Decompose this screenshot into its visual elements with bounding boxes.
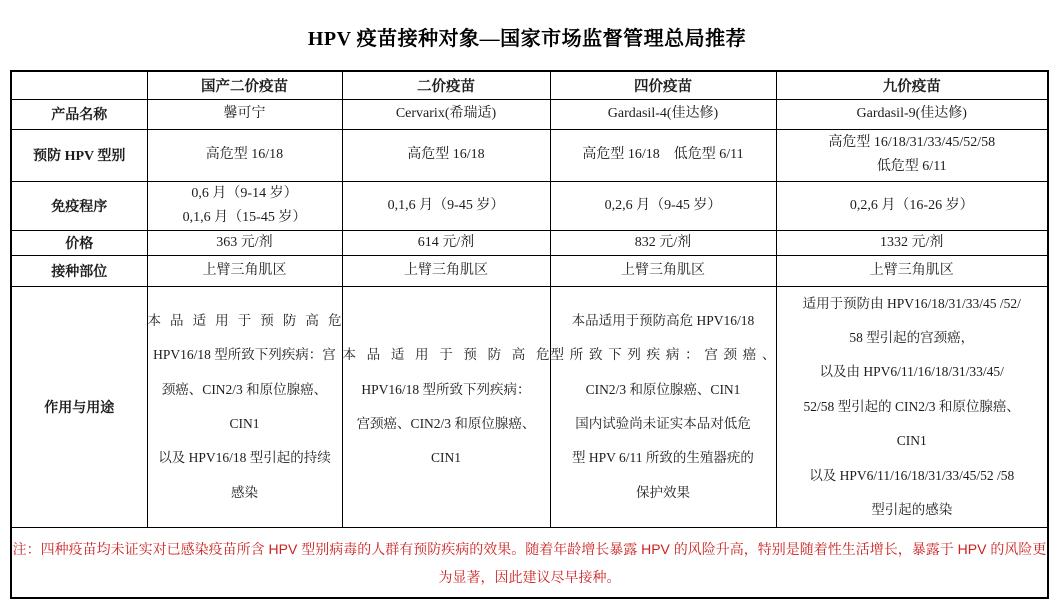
row-note: 注：四种疫苗均未证实对已感染疫苗所含 HPV 型别病毒的人群有预防疾病的效果。随… [11,528,1048,598]
cell-schedule-4v: 0,2,6 月（9-45 岁） [550,181,776,230]
usage-line: 宫颈癌、CIN2/3 和原位腺癌、 [343,407,550,441]
cell-text: 1332 元/剂 [777,231,1048,255]
cell-text: 上臂三角肌区 [148,259,342,283]
cell-product-9v: Gardasil-9(佳达修) [776,99,1048,129]
cell-text: Cervarix(希瑞适) [343,102,550,126]
cell-product-2v: Cervarix(希瑞适) [342,99,550,129]
usage-line: CIN1 [343,441,550,475]
cell-product-domestic-2v: 馨可宁 [147,99,342,129]
row-immunization-schedule: 免疫程序 0,6 月（9-14 岁） 0,1,6 月（15-45 岁） 0,1,… [11,181,1048,230]
usage-line: 适用于预防由 HPV16/18/31/33/45 /52/ [777,287,1048,321]
usage-line: 本品适用于预防高危 HPV16/18 [551,304,776,338]
cell-hpv-types-2v: 高危型 16/18 [342,129,550,181]
cell-schedule-domestic-2v: 0,6 月（9-14 岁） 0,1,6 月（15-45 岁） [147,181,342,230]
cell-hpv-types-9v: 高危型 16/18/31/33/45/52/58 低危型 6/11 [776,129,1048,181]
row-label-hpv-types: 预防 HPV 型别 [11,129,147,181]
usage-line: 本品适用于预防高危 [148,304,342,338]
cell-price-domestic-2v: 363 元/剂 [147,230,342,255]
row-label-product-name: 产品名称 [11,99,147,129]
page: HPV 疫苗接种对象—国家市场监督管理总局推荐 国产二价疫苗 二价疫苗 四价疫苗… [0,0,1054,611]
usage-line: 本品适用于预防高危 [343,338,550,372]
cell-hpv-types-domestic-2v: 高危型 16/18 [147,129,342,181]
usage-line: 颈癌、CIN2/3 和原位腺癌、 [148,373,342,407]
cell-price-9v: 1332 元/剂 [776,230,1048,255]
usage-line: 52/58 型引起的 CIN2/3 和原位腺癌、 [777,390,1048,424]
row-usage: 作用与用途 本品适用于预防高危 HPV16/18 型所致下列疾病：宫 颈癌、CI… [11,286,1048,528]
row-product-name: 产品名称 馨可宁 Cervarix(希瑞适) Gardasil-4(佳达修) G… [11,99,1048,129]
cell-text: 0,1,6 月（15-45 岁） [148,206,342,230]
usage-line: HPV16/18 型所致下列疾病： [343,373,550,407]
cell-schedule-9v: 0,2,6 月（16-26 岁） [776,181,1048,230]
cell-site-4v: 上臂三角肌区 [550,255,776,286]
cell-usage-4v: 本品适用于预防高危 HPV16/18 型所致下列疾病：宫颈癌、 CIN2/3 和… [550,286,776,528]
table-header-row: 国产二价疫苗 二价疫苗 四价疫苗 九价疫苗 [11,71,1048,99]
cell-usage-9v: 适用于预防由 HPV16/18/31/33/45 /52/ 58 型引起的宫颈癌… [776,286,1048,528]
usage-line: 型所致下列疾病：宫颈癌、 [551,338,776,372]
corner-cell [11,71,147,99]
cell-text: 0,2,6 月（16-26 岁） [777,194,1048,218]
row-label-immunization-schedule: 免疫程序 [11,181,147,230]
column-header-2v: 二价疫苗 [342,71,550,99]
cell-text: 高危型 16/18 [148,143,342,167]
cell-site-9v: 上臂三角肌区 [776,255,1048,286]
usage-line: 国内试验尚未证实本品对低危 [551,407,776,441]
footnote-text: 注：四种疫苗均未证实对已感染疫苗所含 HPV 型别病毒的人群有预防疾病的效果。随… [11,528,1048,598]
row-price: 价格 363 元/剂 614 元/剂 832 元/剂 1332 元/剂 [11,230,1048,255]
usage-line: 型 HPV 6/11 所致的生殖器疣的 [551,441,776,475]
usage-line: 保护效果 [551,476,776,510]
column-header-domestic-2v: 国产二价疫苗 [147,71,342,99]
row-label-price: 价格 [11,230,147,255]
cell-text: 低危型 6/11 [777,155,1048,179]
usage-line: 感染 [148,476,342,510]
cell-text: 上臂三角肌区 [343,259,550,283]
cell-usage-domestic-2v: 本品适用于预防高危 HPV16/18 型所致下列疾病：宫 颈癌、CIN2/3 和… [147,286,342,528]
cell-text: 0,6 月（9-14 岁） [148,182,342,206]
cell-text: 363 元/剂 [148,231,342,255]
cell-text: 0,2,6 月（9-45 岁） [551,194,776,218]
cell-text: 高危型 16/18/31/33/45/52/58 [777,131,1048,155]
cell-schedule-2v: 0,1,6 月（9-45 岁） [342,181,550,230]
hpv-vaccine-table: 国产二价疫苗 二价疫苗 四价疫苗 九价疫苗 产品名称 馨可宁 Cervarix(… [10,70,1049,599]
cell-text: 614 元/剂 [343,231,550,255]
cell-price-4v: 832 元/剂 [550,230,776,255]
usage-line: 58 型引起的宫颈癌， [777,321,1048,355]
row-injection-site: 接种部位 上臂三角肌区 上臂三角肌区 上臂三角肌区 上臂三角肌区 [11,255,1048,286]
column-header-9v: 九价疫苗 [776,71,1048,99]
cell-hpv-types-4v: 高危型 16/18 低危型 6/11 [550,129,776,181]
cell-text: 高危型 16/18 [343,143,550,167]
usage-line: CIN2/3 和原位腺癌、CIN1 [551,373,776,407]
usage-line: HPV16/18 型所致下列疾病：宫 [148,338,342,372]
page-title: HPV 疫苗接种对象—国家市场监督管理总局推荐 [0,22,1054,51]
row-label-injection-site: 接种部位 [11,255,147,286]
cell-text: Gardasil-4(佳达修) [551,102,776,126]
row-label-usage: 作用与用途 [11,286,147,528]
usage-line: 以及 HPV16/18 型引起的持续 [148,441,342,475]
cell-text: Gardasil-9(佳达修) [777,102,1048,126]
cell-text: 高危型 16/18 低危型 6/11 [551,143,776,167]
cell-price-2v: 614 元/剂 [342,230,550,255]
usage-line: 以及由 HPV6/11/16/18/31/33/45/ [777,355,1048,389]
cell-site-domestic-2v: 上臂三角肌区 [147,255,342,286]
usage-line: 以及 HPV6/11/16/18/31/33/45/52 /58 [777,459,1048,493]
cell-product-4v: Gardasil-4(佳达修) [550,99,776,129]
cell-text: 上臂三角肌区 [551,259,776,283]
usage-line: CIN1 [777,424,1048,458]
column-header-4v: 四价疫苗 [550,71,776,99]
cell-text: 0,1,6 月（9-45 岁） [343,194,550,218]
cell-usage-2v: 本品适用于预防高危 HPV16/18 型所致下列疾病： 宫颈癌、CIN2/3 和… [342,286,550,528]
cell-text: 馨可宁 [148,102,342,126]
row-hpv-types: 预防 HPV 型别 高危型 16/18 高危型 16/18 高危型 16/18 … [11,129,1048,181]
usage-line: 型引起的感染 [777,493,1048,527]
cell-text: 832 元/剂 [551,231,776,255]
usage-line: CIN1 [148,407,342,441]
cell-site-2v: 上臂三角肌区 [342,255,550,286]
cell-text: 上臂三角肌区 [777,259,1048,283]
